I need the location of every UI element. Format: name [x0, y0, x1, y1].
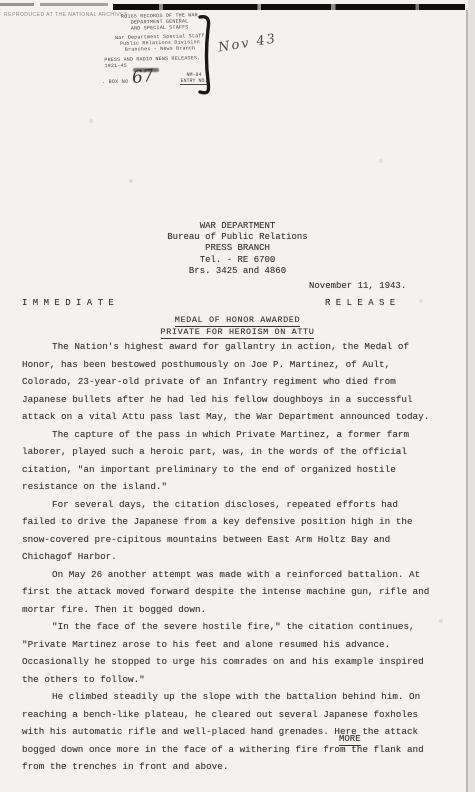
paragraph: He climbed steadily up the slope with th…	[22, 688, 435, 776]
stamp-box-label: . BOX NO	[102, 79, 128, 85]
paragraph: "In the face of the severe hostile fire,…	[22, 618, 435, 688]
immediate-label: I M M E D I A T E	[22, 298, 114, 308]
headline: MEDAL OF HONOR AWARDED PRIVATE FOR HEROI…	[0, 315, 475, 339]
release-body: The Nation's highest award for gallantry…	[22, 338, 435, 776]
letterhead-branches: Brs. 3425 and 4860	[0, 266, 475, 277]
paragraph: The capture of the pass in which Private…	[22, 426, 435, 496]
more-continuation-label: MORE	[339, 734, 361, 746]
letterhead-branch: PRESS BRANCH	[0, 243, 475, 254]
release-label: R E L E A S E	[325, 298, 395, 308]
stamp-bracket-mark	[196, 13, 218, 97]
scan-noise-speckles	[0, 0, 2, 2]
paragraph: The Nation's highest award for gallantry…	[22, 338, 435, 426]
scan-edge-dash	[0, 3, 34, 6]
handwritten-date-note: Nov 43	[217, 31, 278, 55]
scan-edge-bar	[113, 4, 465, 10]
scan-edge-dash	[40, 3, 108, 6]
page-edge-shadow	[468, 0, 475, 792]
letterhead-bureau: Bureau of Public Relations	[0, 232, 475, 243]
page-edge-line	[466, 10, 468, 792]
handwritten-box-number: 67	[131, 66, 155, 88]
scanned-press-release-page: REPRODUCED AT THE NATIONAL ARCHIVES RG16…	[0, 0, 475, 792]
letterhead-telephone: Tel. - RE 6700	[0, 255, 475, 266]
paragraph: On May 26 another attempt was made with …	[22, 566, 435, 619]
letterhead-department: WAR DEPARTMENT	[0, 221, 475, 232]
headline-line1: MEDAL OF HONOR AWARDED	[175, 315, 300, 327]
paragraph: For several days, the citation discloses…	[22, 496, 435, 566]
release-date: November 11, 1943.	[309, 281, 406, 291]
letterhead: WAR DEPARTMENT Bureau of Public Relation…	[0, 221, 475, 277]
